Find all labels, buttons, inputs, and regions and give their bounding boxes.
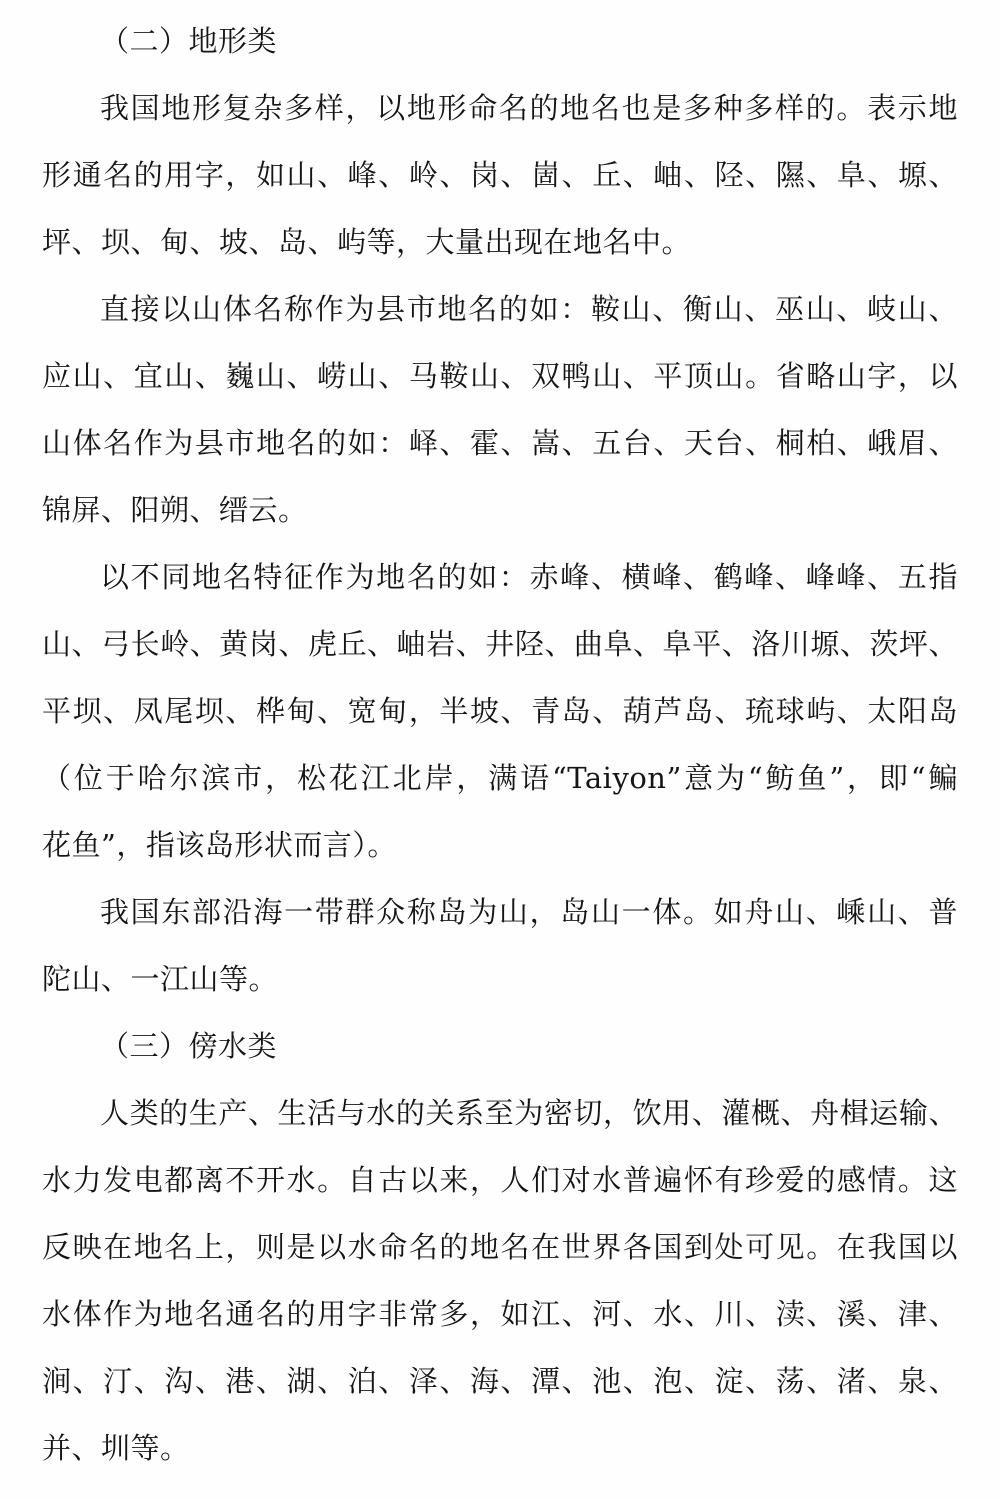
document-page: （二）地形类 我国地形复杂多样，以地形命名的地名也是多种多样的。表示地 形通名的… bbox=[0, 0, 1000, 1500]
text-line: 平坝、凤尾坝、桦甸、宽甸，半坡、青岛、葫芦岛、琉球屿、太阳岛 bbox=[42, 678, 958, 745]
text-line: 陀山、一江山等。 bbox=[42, 946, 958, 1013]
text-line: 花鱼”，指该岛形状而言）。 bbox=[42, 812, 958, 879]
text-line: 锦屏、阳朔、缙云。 bbox=[42, 477, 958, 544]
text-line: 山体名作为县市地名的如：峄、霍、嵩、五台、天台、桐柏、峨眉、 bbox=[42, 410, 958, 477]
text-line: 坪、坝、甸、坡、岛、屿等，大量出现在地名中。 bbox=[42, 209, 958, 276]
text-line: 并、圳等。 bbox=[42, 1415, 958, 1482]
text-line: （位于哈尔滨市，松花江北岸，满语“Taiyon”意为“鲂鱼”，即“鳊 bbox=[42, 745, 958, 812]
text-line: 人类的生产、生活与水的关系至为密切，饮用、灌概、舟楫运输、 bbox=[42, 1080, 958, 1147]
text-line: 涧、汀、沟、港、湖、泊、泽、海、潭、池、泡、淀、荡、渚、泉、 bbox=[42, 1348, 958, 1415]
text-line: 我国地形复杂多样，以地形命名的地名也是多种多样的。表示地 bbox=[42, 75, 958, 142]
text-line: 应山、宜山、巍山、崂山、马鞍山、双鸭山、平顶山。省略山字，以 bbox=[42, 343, 958, 410]
text-line: 山、弓长岭、黄岗、虎丘、岫岩、井陉、曲阜、阜平、洛川塬、茨坪、 bbox=[42, 611, 958, 678]
text-line: 以不同地名特征作为地名的如：赤峰、横峰、鹤峰、峰峰、五指 bbox=[42, 544, 958, 611]
text-line: 我国东部沿海一带群众称岛为山，岛山一体。如舟山、嵊山、普 bbox=[42, 879, 958, 946]
text-line: 反映在地名上，则是以水命名的地名在世界各国到处可见。在我国以 bbox=[42, 1214, 958, 1281]
text-line: 形通名的用字，如山、峰、岭、岗、崮、丘、岫、陉、隰、阜、塬、 bbox=[42, 142, 958, 209]
text-line: 直接以山体名称作为县市地名的如：鞍山、衡山、巫山、岐山、 bbox=[42, 276, 958, 343]
text-line: 水力发电都离不开水。自古以来，人们对水普遍怀有珍爱的感情。这 bbox=[42, 1147, 958, 1214]
text-line: 水体作为地名通名的用字非常多，如江、河、水、川、渎、溪、津、 bbox=[42, 1281, 958, 1348]
section-heading-landform: （二）地形类 bbox=[42, 8, 958, 75]
section-heading-water: （三）傍水类 bbox=[42, 1013, 958, 1080]
